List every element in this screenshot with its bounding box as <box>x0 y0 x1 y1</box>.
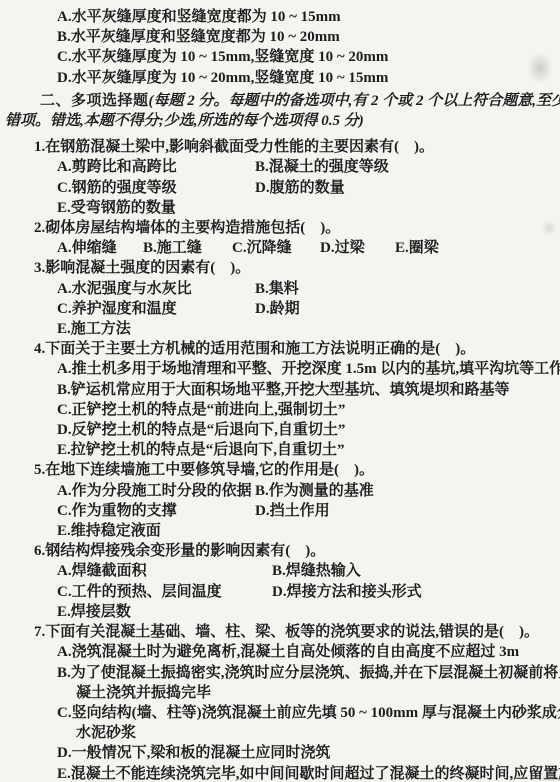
question-1-option-a: A.剪跨比和高跨比 <box>57 157 255 177</box>
question-5-option-e: E.维持稳定液面 <box>0 521 560 541</box>
question-6-option-d: D.焊接方法和接头形式 <box>272 582 422 602</box>
question-4-option-c: C.正铲挖土机的特点是“前进向上,强制切土” <box>0 400 560 420</box>
question-3-option-b: B.集料 <box>255 279 299 299</box>
question-4-option-d: D.反铲挖土机的特点是“后退向下,自重切土” <box>0 420 560 440</box>
question-2: 2.砌体房屋结构墙体的主要构造措施包括( )。 A.伸缩缝 B.施工缝 C.沉降… <box>0 218 560 258</box>
question-7-option-a: A.浇筑混凝土时为避免离析,混凝土自高处倾落的自由高度不应超过 3m <box>0 642 560 662</box>
question-1-stem: 1.在钢筋混凝土梁中,影响斜截面受力性能的主要因素有( )。 <box>0 137 560 157</box>
question-4-stem: 4.下面关于主要土方机械的适用范围和施工方法说明正确的是( )。 <box>0 339 560 359</box>
question-1: 1.在钢筋混凝土梁中,影响斜截面受力性能的主要因素有( )。 A.剪跨比和高跨比… <box>0 137 560 218</box>
question-5-stem: 5.在地下连续墙施工中要修筑导墙,它的作用是( )。 <box>0 460 560 480</box>
section-header: 二、多项选择题(每题 2 分。每题中的备选项中,有 2 个或 2 个以上符合题意… <box>0 91 560 131</box>
question-1-option-d: D.腹筋的数量 <box>255 178 345 198</box>
question-7-stem: 7.下面有关混凝土基础、墙、柱、梁、板等的浇筑要求的说法,错误的是( )。 <box>0 622 560 642</box>
section-note-line1: (每题 2 分。每题中的备选项中,有 2 个或 2 个以上符合题意,至少有 1 … <box>149 93 560 109</box>
question-7-option-b-line1: B.为了使混凝土振捣密实,浇筑时应分层浇筑、振捣,并在下层混凝土初凝前将上层混 <box>0 663 560 683</box>
question-2-option-c: C.沉降缝 <box>232 238 320 258</box>
section-note-line2: 错项。错选,本题不得分;少选,所选的每个选项得 0.5 分) <box>0 111 560 131</box>
question-5-option-a: A.作为分段施工时分段的依据 <box>57 481 255 501</box>
question-6-stem: 6.钢结构焊接残余变形量的影响因素有( )。 <box>0 541 560 561</box>
question-5-option-b: B.作为测量的基准 <box>255 481 374 501</box>
question-1-option-e: E.受弯钢筋的数量 <box>0 198 560 218</box>
question-2-option-d: D.过梁 <box>320 238 395 258</box>
question-1-option-b: B.混凝土的强度等级 <box>255 157 389 177</box>
carryover-option-a: A.水平灰缝厚度和竖缝宽度都为 10 ~ 15mm <box>0 7 560 27</box>
question-5-option-c: C.作为重物的支撑 <box>57 501 255 521</box>
question-7-option-c-line2: 水泥砂浆 <box>0 723 560 743</box>
question-3-option-a: A.水泥强度与水灰比 <box>57 279 255 299</box>
question-4-option-a: A.推土机多用于场地清理和平整、开挖深度 1.5m 以内的基坑,填平沟坑等工作 <box>0 359 560 379</box>
question-2-option-b: B.施工缝 <box>143 238 232 258</box>
question-6-option-c: C.工件的预热、层间温度 <box>57 582 272 602</box>
question-4-option-b: B.铲运机常应用于大面积场地平整,开挖大型基坑、填筑堤坝和路基等 <box>0 380 560 400</box>
question-2-stem: 2.砌体房屋结构墙体的主要构造措施包括( )。 <box>0 218 560 238</box>
carryover-option-c: C.水平灰缝厚度为 10 ~ 15mm,竖缝宽度 10 ~ 20mm <box>0 47 560 67</box>
question-7-option-b-line2: 凝土浇筑并振捣完毕 <box>0 683 560 703</box>
question-3-option-e: E.施工方法 <box>0 319 560 339</box>
question-5-option-d: D.挡土作用 <box>255 501 330 521</box>
question-3-stem: 3.影响混凝土强度的因素有( )。 <box>0 258 560 278</box>
question-4-option-e: E.拉铲挖土机的特点是“后退向下,自重切土” <box>0 440 560 460</box>
question-6-option-b: B.焊缝热输入 <box>272 561 361 581</box>
question-3-option-d: D.龄期 <box>255 299 300 319</box>
question-6: 6.钢结构焊接残余变形量的影响因素有( )。 A.焊缝截面积 B.焊缝热输入 C… <box>0 541 560 622</box>
scanned-exam-page: A.水平灰缝厚度和竖缝宽度都为 10 ~ 15mm B.水平灰缝厚度和竖缝宽度都… <box>0 0 560 782</box>
carryover-options-block: A.水平灰缝厚度和竖缝宽度都为 10 ~ 15mm B.水平灰缝厚度和竖缝宽度都… <box>0 7 560 88</box>
question-3: 3.影响混凝土强度的因素有( )。 A.水泥强度与水灰比 B.集料 C.养护湿度… <box>0 258 560 339</box>
question-1-option-c: C.钢筋的强度等级 <box>57 178 255 198</box>
question-2-option-e: E.圈梁 <box>395 238 439 258</box>
question-4: 4.下面关于主要土方机械的适用范围和施工方法说明正确的是( )。 A.推土机多用… <box>0 339 560 460</box>
question-5: 5.在地下连续墙施工中要修筑导墙,它的作用是( )。 A.作为分段施工时分段的依… <box>0 460 560 541</box>
carryover-option-d: D.水平灰缝厚度为 10 ~ 20mm,竖缝宽度 10 ~ 15mm <box>0 68 560 88</box>
carryover-option-b: B.水平灰缝厚度和竖缝宽度都为 10 ~ 20mm <box>0 27 560 47</box>
question-7-option-d: D.一般情况下,梁和板的混凝土应同时浇筑 <box>0 743 560 763</box>
question-6-option-e: E.焊接层数 <box>0 602 560 622</box>
section-title: 二、多项选择题 <box>40 92 149 109</box>
question-7-option-c-line1: C.竖向结构(墙、柱等)浇筑混凝土前应先填 50 ~ 100mm 厚与混凝土内砂… <box>0 703 560 723</box>
question-3-option-c: C.养护湿度和温度 <box>57 299 255 319</box>
question-2-option-a: A.伸缩缝 <box>57 238 143 258</box>
question-6-option-a: A.焊缝截面积 <box>57 561 272 581</box>
question-7-option-e: E.混凝土不能连续浇筑完毕,如中间间歇时间超过了混凝土的终凝时间,应留置施工缝 <box>0 764 560 782</box>
question-7: 7.下面有关混凝土基础、墙、柱、梁、板等的浇筑要求的说法,错误的是( )。 A.… <box>0 622 560 782</box>
